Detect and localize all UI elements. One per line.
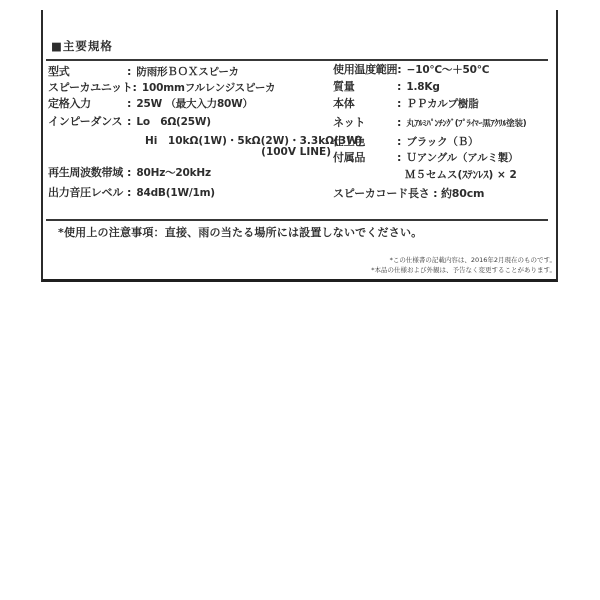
- spec-value: 1.8Kg: [406, 81, 439, 93]
- spec-label: 再生周波数帯域: [48, 165, 127, 180]
- spec-row-body-material: 本体:ＰＰカルプ樹脂: [333, 96, 479, 112]
- spec-sheet-page: ■主要規格 型式:防雨形ＢＯＸスピーカ スピーカユニット:100mmフルレンジス…: [0, 0, 600, 600]
- spec-cord-length-text: スピーカコード長さ : 約80cm: [333, 187, 484, 200]
- spec-value: 25W （最大入力80W）: [136, 98, 252, 110]
- spec-row-cord-length: スピーカコード長さ : 約80cm: [333, 186, 484, 201]
- spec-row-net-material: ネット:丸ｱﾙﾐﾊﾟﾝﾁﾝｸﾞ(ﾌﾟﾗｲﾏｰ黒ｱｸﾘﾙ塗装): [333, 115, 526, 132]
- spec-value: Lo 6Ω(25W): [136, 116, 210, 128]
- spec-value: ＰＰカルプ樹脂: [406, 98, 478, 110]
- spec-value: 防雨形ＢＯＸスピーカ: [136, 66, 238, 78]
- colon-separator: :: [127, 65, 131, 78]
- colon-separator: :: [127, 97, 131, 110]
- colon-separator: :: [127, 166, 131, 179]
- footnote-line: *本品の仕様および外観は、予告なく変更することがあります。: [336, 266, 556, 276]
- spec-row-impedance: インピーダンス:Lo 6Ω(25W): [48, 114, 211, 130]
- spec-row-temperature-range: 使用温度範囲:−10℃〜＋50℃: [333, 62, 489, 78]
- spec-row-finish-color: 仕上色:ブラック（Ｂ）: [333, 134, 478, 150]
- colon-separator: :: [133, 81, 137, 94]
- spec-impedance-hi-note: (100V LINE): [145, 146, 331, 158]
- spec-label: インピーダンス: [48, 114, 127, 129]
- divider-bottom: [46, 219, 548, 221]
- spec-value: ブラック（Ｂ）: [406, 136, 478, 148]
- section-heading: ■主要規格: [51, 38, 113, 54]
- colon-separator: :: [397, 97, 401, 110]
- spec-row-weight: 質量:1.8Kg: [333, 79, 440, 95]
- spec-row-speaker-unit: スピーカユニット:100mmフルレンジスピーカ: [48, 80, 275, 96]
- spec-row-rated-input: 定格入力:25W （最大入力80W）: [48, 96, 253, 112]
- spec-label: 仕上色: [333, 134, 397, 149]
- spec-row-frequency-range: 再生周波数帯域:80Hz〜20kHz: [48, 165, 211, 181]
- spec-label: 本体: [333, 96, 397, 111]
- colon-separator: :: [397, 63, 401, 76]
- spec-row-accessories: 付属品:Ｕアングル（アルミ製）: [333, 150, 518, 166]
- spec-value: 丸ｱﾙﾐﾊﾟﾝﾁﾝｸﾞ(ﾌﾟﾗｲﾏｰ黒ｱｸﾘﾙ塗装): [406, 119, 526, 129]
- usage-caution-note: *使用上の注意事項：直接、雨の当たる場所には設置しないでください。: [58, 224, 422, 240]
- divider-top: [46, 59, 548, 61]
- spec-label: 質量: [333, 79, 397, 94]
- spec-value: −10℃〜＋50℃: [407, 64, 490, 76]
- colon-separator: :: [397, 135, 401, 148]
- spec-label: スピーカユニット: [48, 80, 133, 95]
- spec-value: Ｕアングル（アルミ製）: [406, 152, 518, 164]
- spec-label: 定格入力: [48, 96, 127, 111]
- spec-label: ネット: [333, 115, 397, 130]
- spec-row-output-spl: 出力音圧レベル:84dB(1W/1m): [48, 185, 215, 201]
- spec-label: 型式: [48, 64, 127, 79]
- spec-label: 使用温度範囲: [333, 62, 397, 77]
- colon-separator: :: [397, 116, 401, 129]
- footnote-line: *この仕様書の記載内容は、2016年2月現在のものです。: [336, 256, 556, 266]
- footnotes-block: *この仕様書の記載内容は、2016年2月現在のものです。 *本品の仕様および外観…: [336, 256, 556, 275]
- colon-separator: :: [397, 151, 401, 164]
- spec-accessory-line2: Ｍ５セムス(ｽﾃﾝﾚｽ) × 2: [405, 167, 517, 182]
- spec-value: 84dB(1W/1m): [136, 187, 215, 199]
- spec-row-model: 型式:防雨形ＢＯＸスピーカ: [48, 64, 239, 80]
- colon-separator: :: [397, 80, 401, 93]
- colon-separator: :: [127, 186, 131, 199]
- colon-separator: :: [127, 115, 131, 128]
- spec-value: 80Hz〜20kHz: [136, 167, 211, 179]
- spec-value: 100mmフルレンジスピーカ: [142, 82, 275, 94]
- spec-label: 出力音圧レベル: [48, 185, 127, 200]
- spec-label: 付属品: [333, 150, 397, 165]
